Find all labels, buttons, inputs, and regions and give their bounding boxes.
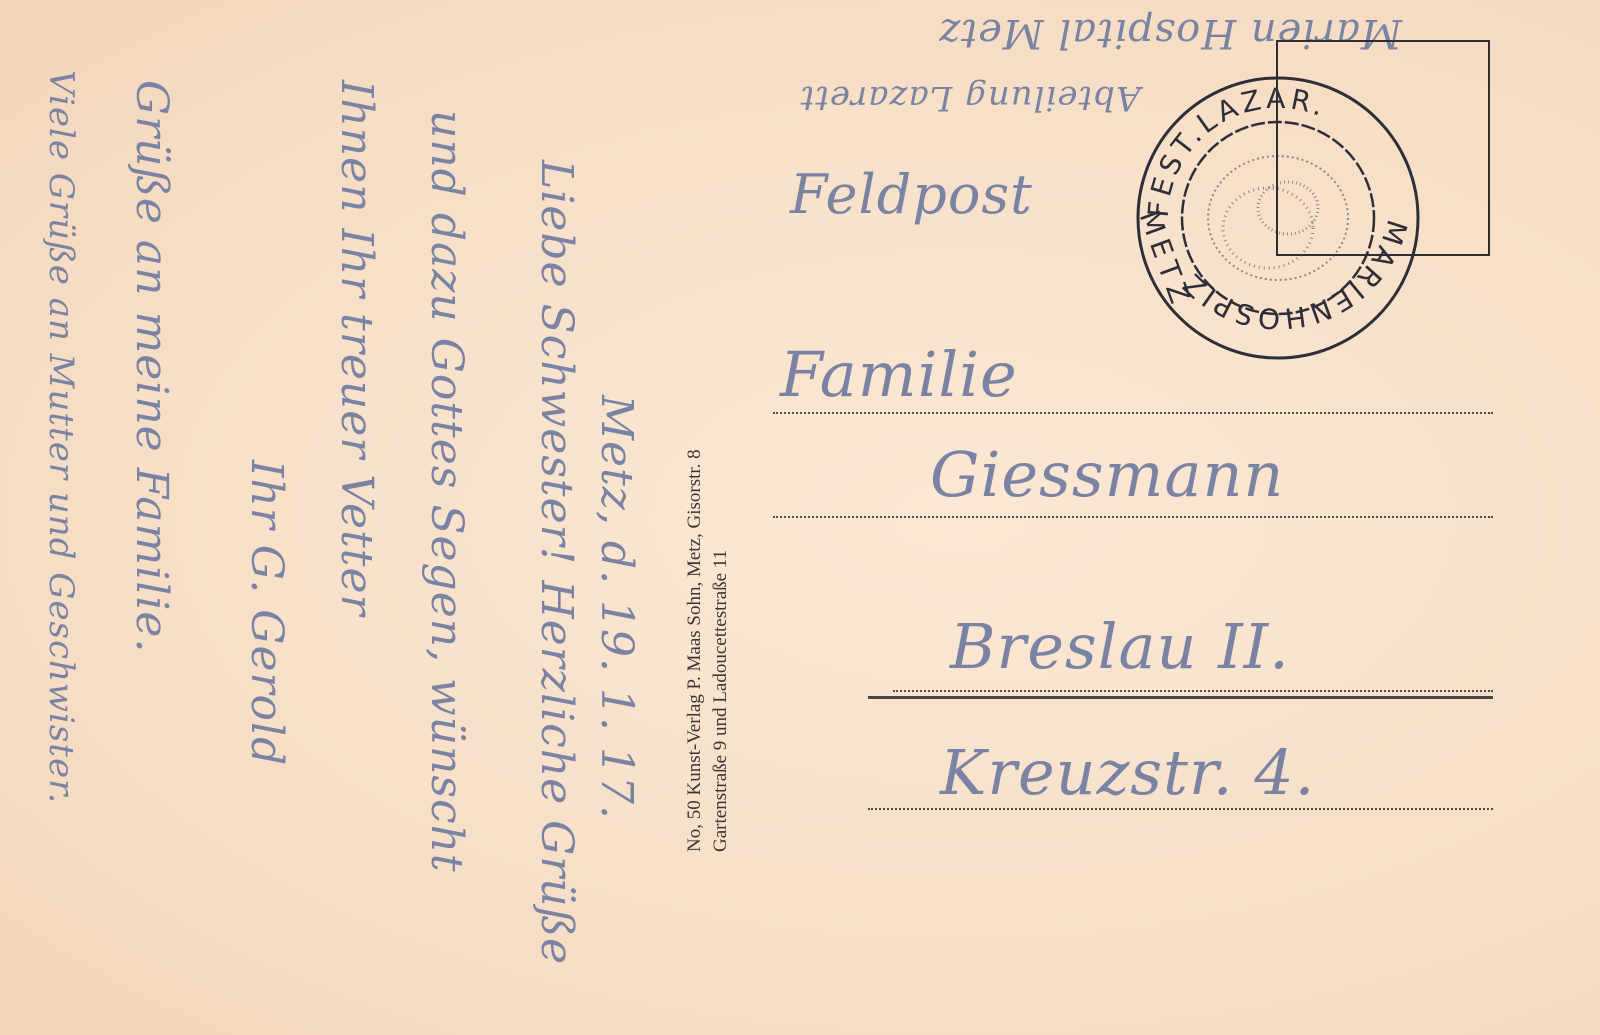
svg-text:FEST.LAZAR.: FEST.LAZAR.: [1142, 82, 1333, 219]
message-line-3: Ihnen Ihr treuer Vetter: [332, 80, 380, 617]
publisher-imprint-line-2: Gartenstraße 9 und Ladoucettestraße 11: [710, 550, 732, 852]
service-mark-feldpost: Feldpost: [790, 160, 1033, 230]
address-rule-4: [868, 808, 1493, 810]
address-line-4: Kreuzstr. 4.: [940, 738, 1315, 808]
address-rule-2: [773, 516, 1493, 518]
message-line-1: Liebe Schwester! Herzliche Grüße: [532, 160, 580, 965]
address-rule-3: [893, 690, 1493, 692]
message-date: Metz, d. 19. 1. 17.: [592, 395, 640, 820]
message-line-5: Grüße an meine Familie.: [127, 80, 175, 653]
message-line-4: Ihr G. Gerold: [242, 460, 290, 766]
publisher-imprint-line-1: No, 50 Kunst-Verlag P. Maas Sohn, Metz, …: [684, 449, 706, 852]
address-line-1: Familie: [780, 340, 1018, 410]
postcard-back: Marien Hospital Metz Abteilung Lazarett …: [0, 0, 1600, 1035]
address-line-3: Breslau II.: [950, 612, 1290, 682]
postmark-top-text: FEST.LAZAR.: [1142, 82, 1333, 219]
message-line-6: Viele Grüße an Mutter und Geschwister.: [37, 70, 85, 804]
address-rule-solid: [868, 696, 1493, 699]
message-line-2: und dazu Gottes Segen, wünscht: [422, 110, 470, 873]
address-rule-1: [773, 412, 1493, 414]
postmark-stamp: FEST.LAZAR. MARIENHOSPIZ: [1128, 68, 1428, 368]
address-line-2: Giessmann: [930, 440, 1284, 510]
